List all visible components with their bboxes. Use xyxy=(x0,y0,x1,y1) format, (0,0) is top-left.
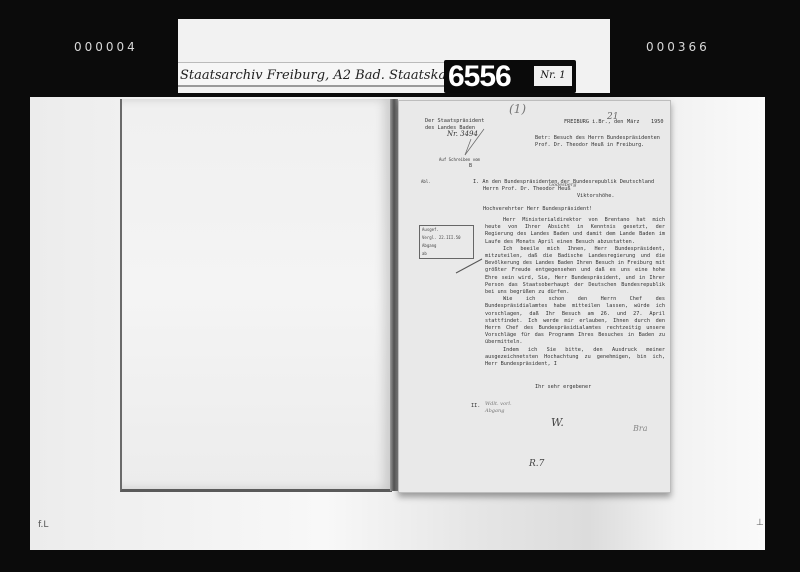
item-2-marker: II. xyxy=(471,403,480,410)
left-blank-page xyxy=(120,99,392,492)
signature-box: 6556 Nr. 1 xyxy=(444,60,576,93)
backing-mark-right: ⊥ xyxy=(756,518,764,528)
paragraph-3: Wie ich schon den Herrn Chef des Bundesp… xyxy=(485,296,665,346)
closing: Ihr sehr ergebener xyxy=(535,384,591,391)
initials-3: R.7 xyxy=(529,461,544,468)
date-year: 1950 xyxy=(651,119,664,126)
stamp-line-3: Abgang xyxy=(422,242,473,250)
archive-name-strip: Staatsarchiv Freiburg, A2 Bad. Staatskan… xyxy=(178,62,444,87)
backing-mark-left: f.L xyxy=(38,520,48,530)
stamp-line-1: Ausgef. xyxy=(422,226,473,234)
letter-page: Der Staatspräsident des Landes Baden Nr.… xyxy=(398,100,671,493)
page-mark: (1) xyxy=(509,106,526,113)
recipient-correction: Godesberg xyxy=(549,182,576,189)
margin-note: Abl. xyxy=(421,178,431,185)
pen-stroke xyxy=(454,251,484,276)
binding-gutter xyxy=(390,99,398,491)
salutation: Hochverehrter Herr Bundespräsident! xyxy=(483,206,592,213)
reply-value: B xyxy=(469,163,472,170)
item-2-note: Wdlt. vorl. Abgang xyxy=(485,401,525,415)
paragraph-2: Ich beeile mich Ihnen, Herr Bundespräsid… xyxy=(485,246,665,296)
initials-1: W. xyxy=(551,419,564,426)
date-month: März xyxy=(627,119,640,126)
recipient-line-3: Viktorshöhe. xyxy=(577,193,614,200)
subject-line: Betr: Besuch des Herrn Bundespräsidenten… xyxy=(535,135,667,149)
bracket-lines xyxy=(429,127,489,157)
signature-number: 6556 xyxy=(448,60,511,93)
paragraph-1: Herr Ministerialdirektor von Brentano ha… xyxy=(485,217,665,246)
initials-2: Bra xyxy=(633,425,647,432)
letter-body: Herr Ministerialdirektor von Brentano ha… xyxy=(485,217,665,368)
film-frame-number-left: 000004 xyxy=(74,40,138,54)
signature-sub-number: Nr. 1 xyxy=(534,66,572,86)
reply-label: Auf Schreiben vom xyxy=(439,156,480,163)
film-frame-number-right: 000366 xyxy=(646,40,710,54)
stamp-line-2: Vergl. 22.III.50 xyxy=(422,234,473,242)
paragraph-4: Indem ich Sie bitte, den Ausdruck meiner… xyxy=(485,347,665,369)
date-day: 21 xyxy=(607,114,618,121)
